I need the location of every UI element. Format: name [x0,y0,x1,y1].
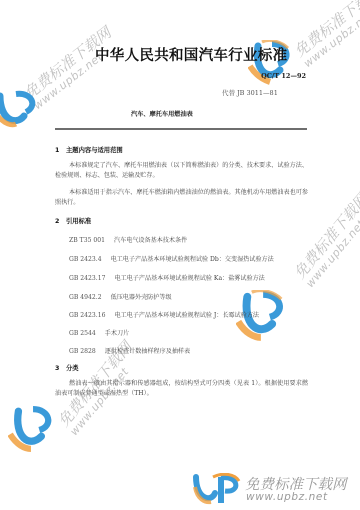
footer-brand-url: www.upbz.net [246,491,328,503]
section-3-paragraph-1: 燃油表一般由其指示器和传感器组成，按结构型式可分四类（见表 1）。根据使用要求燃… [55,379,308,399]
standard-category-title: 中华人民共和国汽车行业标准 [95,44,287,65]
document-page: 免费标准下载网 www.upbz.net 免费标准下载网 www.upbz.ne… [0,0,360,510]
header-divider [55,128,307,130]
reference-item: GB 2423.4电工电子产品基本环境试验规程试验 Db：交变湿热试验方法 [69,254,274,263]
standard-number: QC/T 12—92 [261,72,306,80]
upbz-logo-icon [193,473,241,505]
watermark-text: 免费标准下载网 www.upbz.net [292,0,360,70]
upbz-logo-icon [8,405,56,453]
section-1-paragraph-1: 本标准规定了汽车、摩托车用燃油表（以下简称燃油表）的分类、技术要求、试验方法、检… [55,161,308,181]
section-heading-3: 3分类 [55,363,79,372]
reference-item: GB 4942.2低压电器外壳防护等级 [69,292,172,301]
reference-item: GB 2544手术刀片 [69,328,129,337]
section-1-paragraph-2: 本标准适用于指示汽车、摩托车燃油箱内燃油油位的燃油表。其他机动车用燃油表也可参照… [55,188,308,208]
reference-item: GB 2828逐批检查计数抽样程序及抽样表 [69,346,190,355]
document-title: 汽车、摩托车用燃油表 [131,109,193,118]
upbz-logo-icon [0,86,40,132]
reference-item: ZB T35 001汽车电气设备基本技术条件 [69,235,187,244]
section-heading-1: 1主题内容与适用范围 [55,145,123,154]
section-heading-2: 2引用标准 [55,216,91,225]
replaces-standard: 代替 JB 3011—81 [222,88,278,97]
reference-item: GB 2423.17电工电子产品基本环境试验规程试验 Ka：盐雾试验方法 [69,273,265,282]
reference-item: GB 2423.16电工电子产品基本环境试验规程试验 J：长霉试验方法 [69,310,259,319]
